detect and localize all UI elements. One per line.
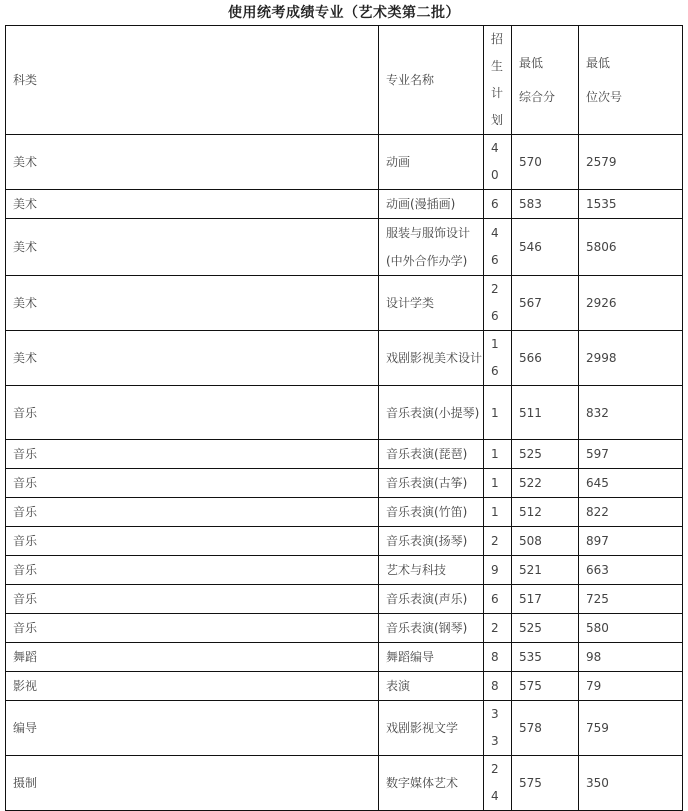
cell-plan-text: 40 <box>491 135 505 189</box>
cell-plan: 1 <box>484 498 512 527</box>
cell-min-rank: 832 <box>579 386 683 440</box>
header-min-score: 最低综合分 <box>512 26 579 135</box>
header-min-score-line2: 综合分 <box>519 90 555 104</box>
table-row: 音乐 音乐表演(扬琴) 2 508 897 <box>6 527 683 556</box>
cell-category: 摄制 <box>6 756 379 807</box>
cell-major: 音乐表演(声乐) <box>379 585 484 614</box>
cell-category: 舞蹈 <box>6 643 379 672</box>
header-row: 科类 专业名称 招生计划 最低综合分 最低位次号 <box>6 26 683 135</box>
header-min-rank-line2: 位次号 <box>586 90 622 104</box>
cell-min-rank: 98 <box>579 643 683 672</box>
header-plan: 招生计划 <box>484 26 512 135</box>
cell-major: 音乐表演(小提琴) <box>379 386 484 440</box>
header-plan-text: 招生计划 <box>491 26 505 134</box>
cell-plan: 40 <box>484 135 512 190</box>
cell-min-rank: 5806 <box>579 219 683 276</box>
cell-min-score: 508 <box>512 527 579 556</box>
table-row: 音乐 音乐表演(竹笛) 1 512 822 <box>6 498 683 527</box>
cell-major: 音乐表演(琵琶) <box>379 440 484 469</box>
cell-plan: 8 <box>484 672 512 701</box>
cell-min-rank: 597 <box>579 440 683 469</box>
cell-major: 音乐表演(扬琴) <box>379 527 484 556</box>
cell-category: 音乐 <box>6 386 379 440</box>
cell-min-rank: 645 <box>579 469 683 498</box>
cell-min-score: 517 <box>512 585 579 614</box>
cell-plan: 6 <box>484 585 512 614</box>
cell-min-rank: 79 <box>579 672 683 701</box>
cell-plan: 26 <box>484 276 512 331</box>
header-min-score-line1: 最低 <box>519 56 543 70</box>
cell-plan: 2 <box>484 527 512 556</box>
cell-category: 音乐 <box>6 498 379 527</box>
table-row: 音乐 艺术与科技 9 521 663 <box>6 556 683 585</box>
table-row: 影视 表演 8 575 79 <box>6 672 683 701</box>
cell-major: 动画(漫插画) <box>379 190 484 219</box>
cell-min-rank: 350 <box>579 756 683 807</box>
cell-major: 动画 <box>379 135 484 190</box>
cell-min-score: 567 <box>512 276 579 331</box>
table-row: 美术 戏剧影视美术设计 16 566 2998 <box>6 331 683 386</box>
table-row: 摄制 数字媒体艺术 24 575 350 <box>6 756 683 807</box>
table-row: 美术 动画(漫插画) 6 583 1535 <box>6 190 683 219</box>
cell-plan-text: 24 <box>491 756 505 806</box>
cell-category: 美术 <box>6 219 379 276</box>
table-row: 美术 设计学类 26 567 2926 <box>6 276 683 331</box>
header-major: 专业名称 <box>379 26 484 135</box>
cell-major: 数字媒体艺术 <box>379 756 484 807</box>
table-row: 美术 动画 40 570 2579 <box>6 135 683 190</box>
header-min-rank-line1: 最低 <box>586 56 610 70</box>
table-row: 音乐 音乐表演(钢琴) 2 525 580 <box>6 614 683 643</box>
cell-category: 音乐 <box>6 614 379 643</box>
cell-min-score: 566 <box>512 331 579 386</box>
table-row: 舞蹈 舞蹈编导 8 535 98 <box>6 643 683 672</box>
cell-min-score: 525 <box>512 614 579 643</box>
admission-table: 科类 专业名称 招生计划 最低综合分 最低位次号 美术 动画 40 570 25… <box>5 25 683 806</box>
table-row: 音乐 音乐表演(声乐) 6 517 725 <box>6 585 683 614</box>
cell-category: 美术 <box>6 190 379 219</box>
cell-plan: 1 <box>484 386 512 440</box>
table-row: 音乐 音乐表演(琵琶) 1 525 597 <box>6 440 683 469</box>
cell-plan: 46 <box>484 219 512 276</box>
cell-category: 音乐 <box>6 556 379 585</box>
cell-category: 影视 <box>6 672 379 701</box>
cell-plan: 1 <box>484 440 512 469</box>
cell-min-rank: 663 <box>579 556 683 585</box>
cell-plan: 6 <box>484 190 512 219</box>
cell-min-score: 512 <box>512 498 579 527</box>
cell-min-rank: 1535 <box>579 190 683 219</box>
cell-major: 戏剧影视美术设计 <box>379 331 484 386</box>
cell-min-rank: 759 <box>579 701 683 756</box>
cell-min-score: 578 <box>512 701 579 756</box>
cell-plan: 16 <box>484 331 512 386</box>
cell-major: 舞蹈编导 <box>379 643 484 672</box>
table-row: 音乐 音乐表演(小提琴) 1 511 832 <box>6 386 683 440</box>
cell-plan: 1 <box>484 469 512 498</box>
cell-min-rank: 2998 <box>579 331 683 386</box>
cell-major: 服装与服饰设计(中外合作办学) <box>379 219 484 276</box>
cell-category: 音乐 <box>6 527 379 556</box>
cell-plan: 2 <box>484 614 512 643</box>
header-category: 科类 <box>6 26 379 135</box>
cell-min-score: 521 <box>512 556 579 585</box>
cell-min-rank: 580 <box>579 614 683 643</box>
header-min-rank: 最低位次号 <box>579 26 683 135</box>
cell-major: 设计学类 <box>379 276 484 331</box>
cell-major: 音乐表演(钢琴) <box>379 614 484 643</box>
cell-category: 美术 <box>6 276 379 331</box>
cell-plan: 33 <box>484 701 512 756</box>
cell-plan: 24 <box>484 756 512 807</box>
cell-category: 编导 <box>6 701 379 756</box>
cell-major: 戏剧影视文学 <box>379 701 484 756</box>
cell-min-score: 575 <box>512 756 579 807</box>
table-row: 音乐 音乐表演(古筝) 1 522 645 <box>6 469 683 498</box>
cell-min-score: 546 <box>512 219 579 276</box>
cell-min-rank: 2579 <box>579 135 683 190</box>
cell-major: 音乐表演(竹笛) <box>379 498 484 527</box>
cell-major: 表演 <box>379 672 484 701</box>
cell-min-rank: 725 <box>579 585 683 614</box>
table-row: 编导 戏剧影视文学 33 578 759 <box>6 701 683 756</box>
table-title: 使用统考成绩专业（艺术类第二批） <box>0 2 688 22</box>
cell-min-score: 575 <box>512 672 579 701</box>
cell-plan: 9 <box>484 556 512 585</box>
cell-plan-text: 33 <box>491 701 505 755</box>
cell-plan-text: 46 <box>491 220 505 274</box>
cell-min-score: 535 <box>512 643 579 672</box>
cell-min-score: 525 <box>512 440 579 469</box>
cell-plan-text: 16 <box>491 331 505 385</box>
cell-category: 音乐 <box>6 440 379 469</box>
cell-plan-text: 26 <box>491 276 505 330</box>
cell-major: 艺术与科技 <box>379 556 484 585</box>
cell-category: 音乐 <box>6 585 379 614</box>
cell-min-score: 511 <box>512 386 579 440</box>
cell-category: 美术 <box>6 135 379 190</box>
table-row: 美术 服装与服饰设计(中外合作办学) 46 546 5806 <box>6 219 683 276</box>
cell-min-score: 570 <box>512 135 579 190</box>
cell-plan: 8 <box>484 643 512 672</box>
cell-min-score: 522 <box>512 469 579 498</box>
cell-min-rank: 822 <box>579 498 683 527</box>
cell-category: 美术 <box>6 331 379 386</box>
cell-min-rank: 2926 <box>579 276 683 331</box>
cell-major: 音乐表演(古筝) <box>379 469 484 498</box>
cell-min-score: 583 <box>512 190 579 219</box>
cell-category: 音乐 <box>6 469 379 498</box>
cell-min-rank: 897 <box>579 527 683 556</box>
